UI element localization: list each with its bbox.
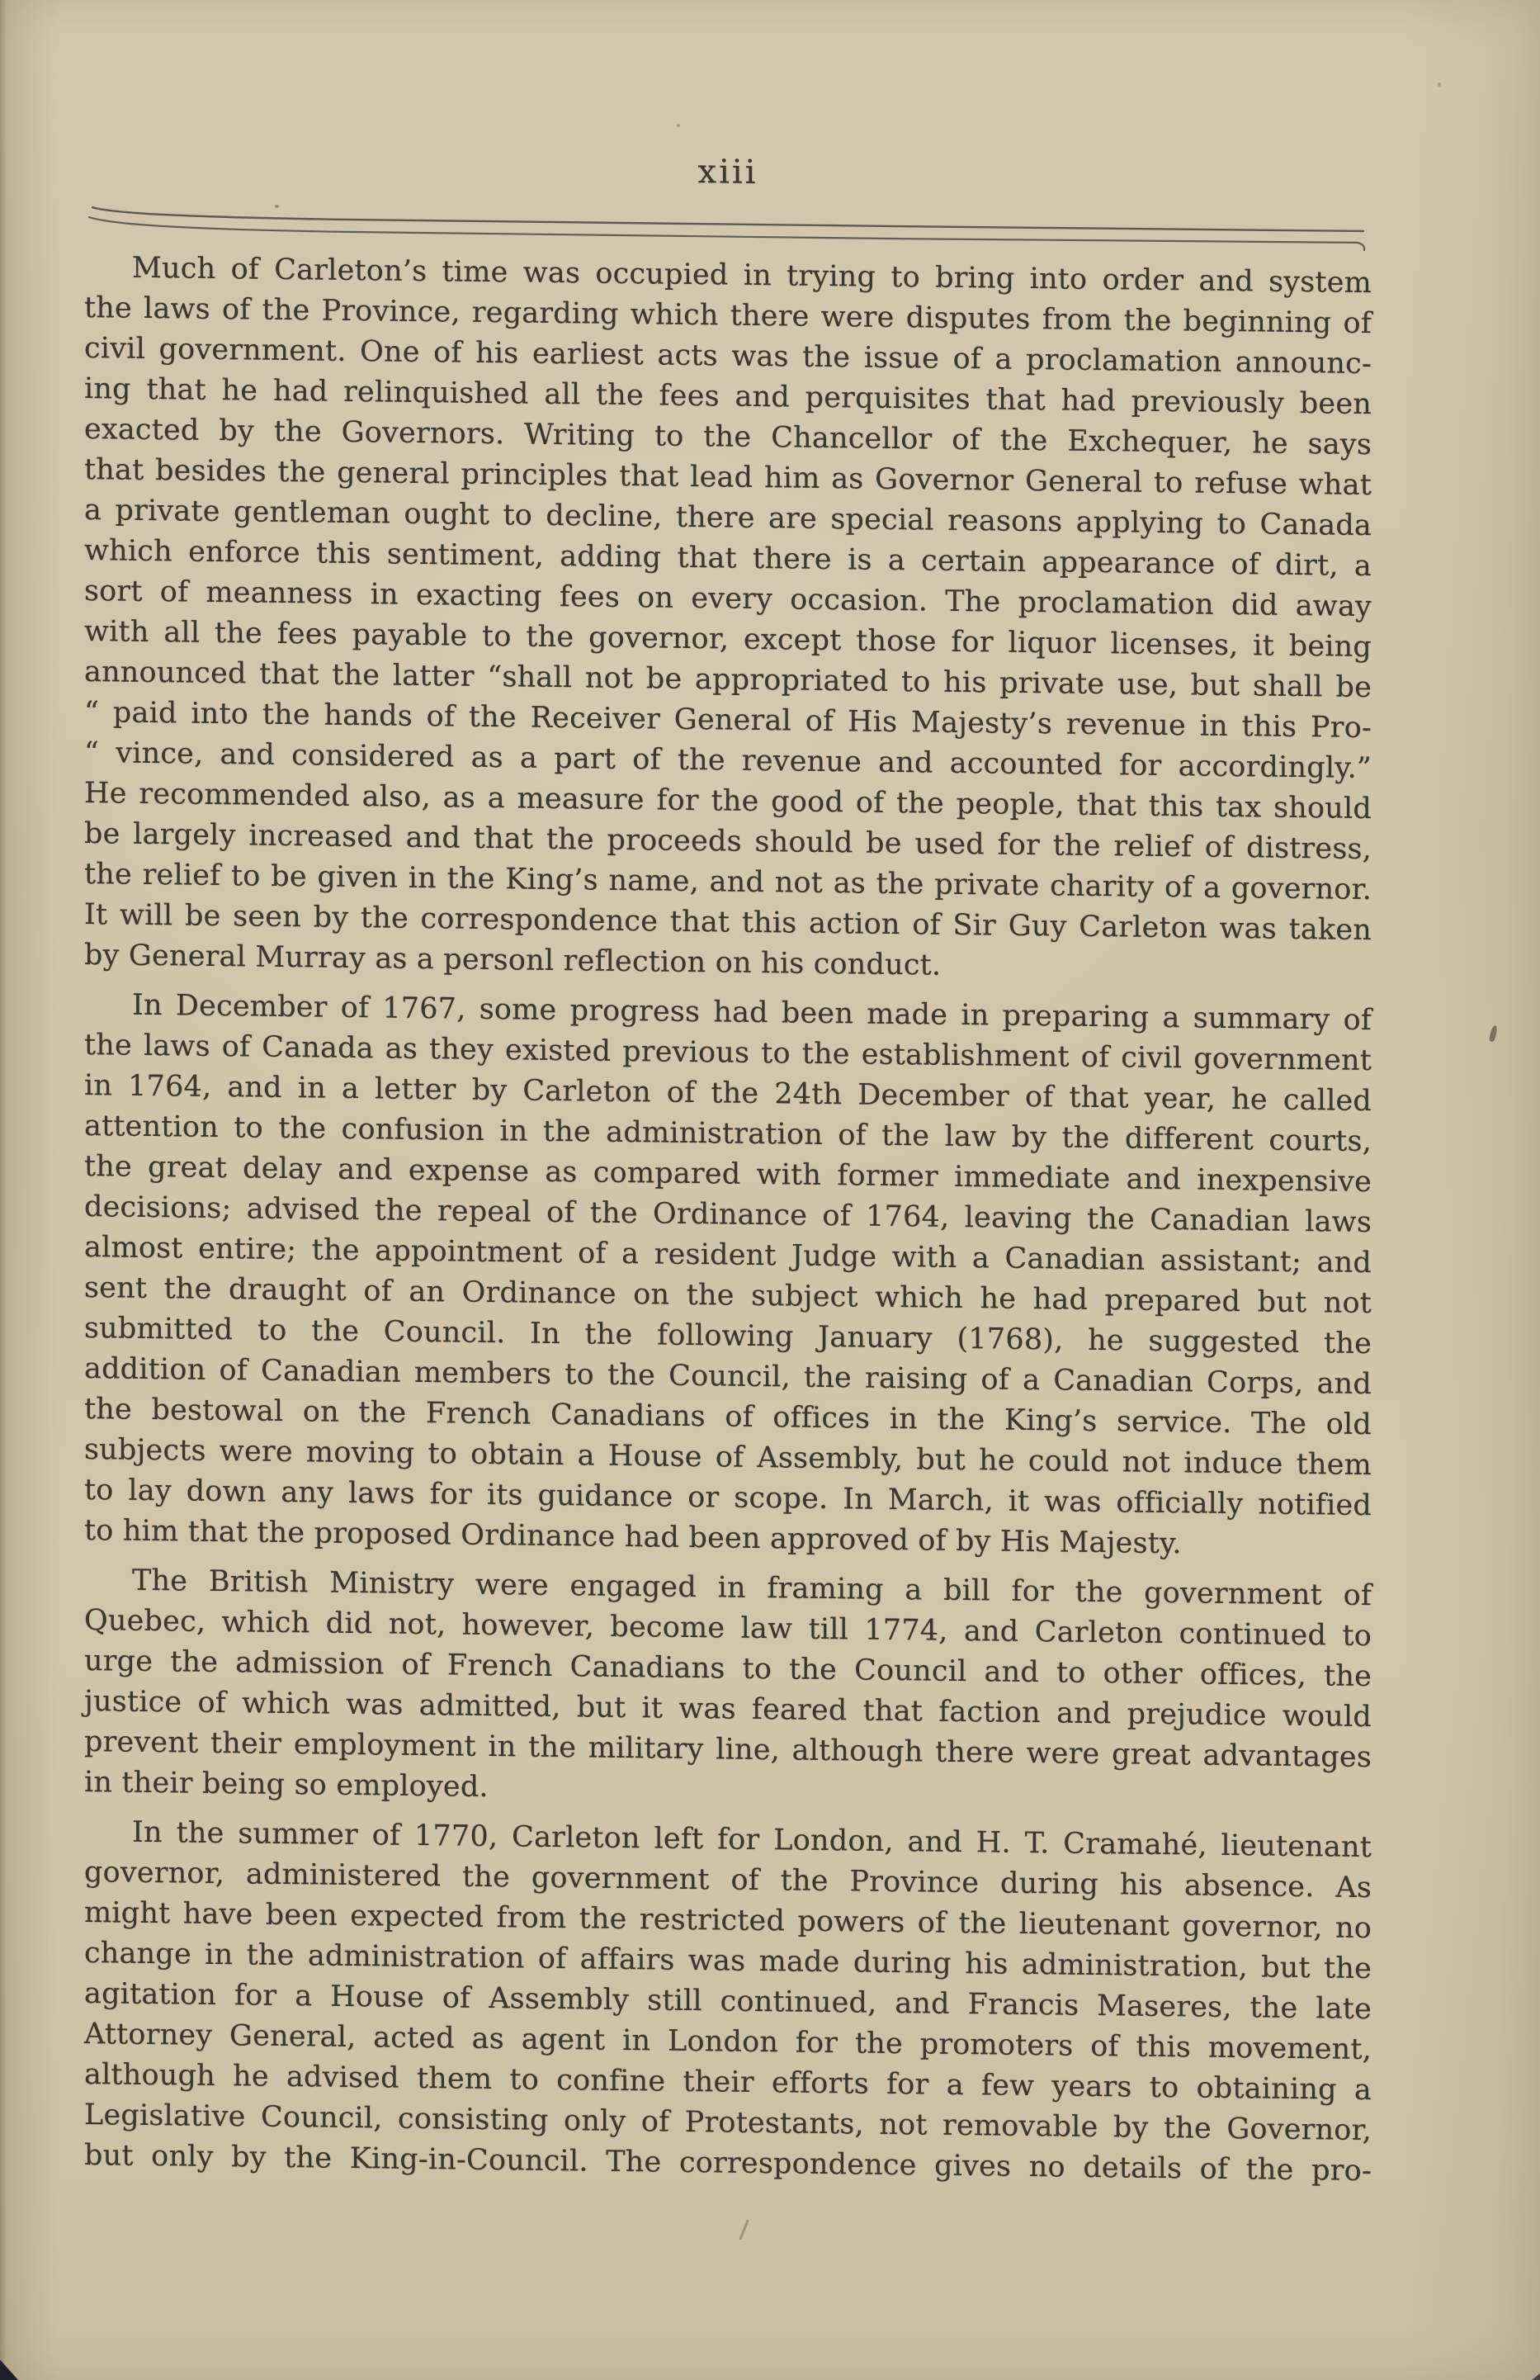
scan-corner-shadow bbox=[1532, 2373, 1540, 2380]
page-content: xiii Much of Carleton’s time was occupie… bbox=[81, 0, 1375, 16]
margin-mark bbox=[739, 2219, 749, 2240]
ink-speck bbox=[677, 124, 680, 127]
ink-speck bbox=[747, 1090, 750, 1093]
margin-mark bbox=[1489, 1024, 1499, 1042]
page-edge-shadow bbox=[0, 0, 7, 2380]
ink-speck bbox=[1438, 83, 1441, 87]
page-number: xiii bbox=[81, 145, 1375, 199]
scanned-book-page: xiii Much of Carleton’s time was occupie… bbox=[0, 0, 1540, 2380]
double-rule bbox=[81, 203, 1375, 255]
text-block: Much of Carleton’s time was occupied in … bbox=[84, 248, 1372, 2192]
ink-speck bbox=[275, 205, 279, 208]
